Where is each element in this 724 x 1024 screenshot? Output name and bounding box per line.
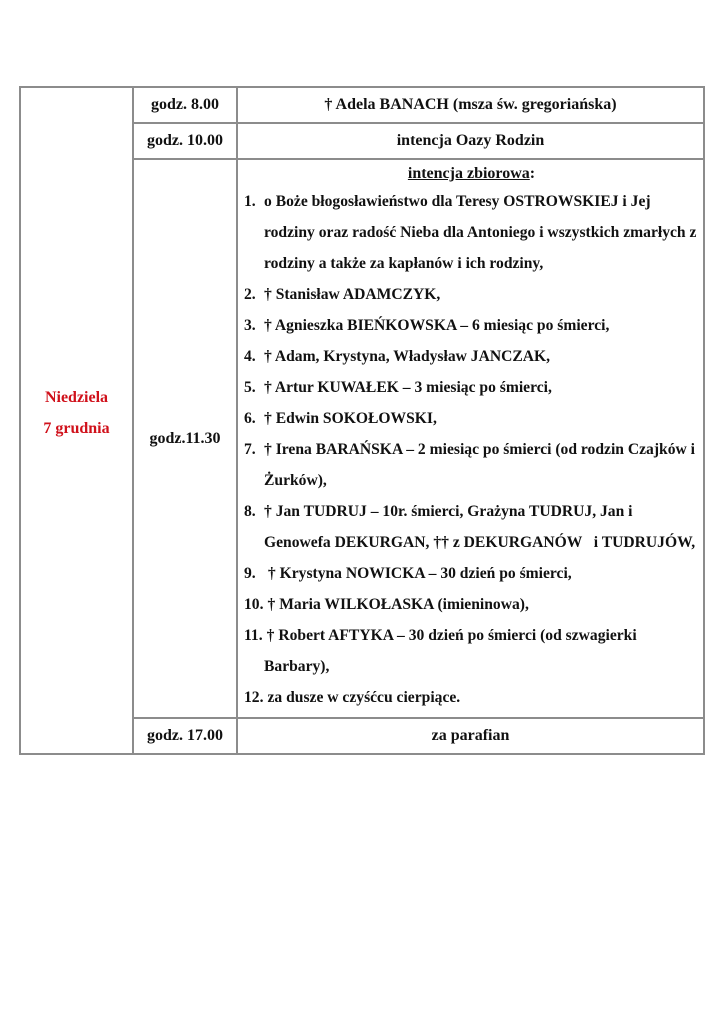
item-number: 4. [244, 341, 256, 372]
list-item: 9. † Krystyna NOWICKA – 30 dzień po śmie… [244, 558, 699, 589]
item-number: 6. [244, 403, 256, 434]
item-number: 7. [244, 434, 256, 465]
list-item: 3.† Agnieszka BIEŃKOWSKA – 6 miesiąc po … [244, 310, 699, 341]
item-text: † Adam, Krystyna, Władysław JANCZAK, [264, 348, 550, 365]
day-cell: Niedziela 7 grudnia [20, 87, 133, 754]
item-text: o Boże błogosławieństwo dla Teresy OSTRO… [264, 193, 696, 272]
item-text: † Edwin SOKOŁOWSKI, [264, 410, 437, 427]
item-text: † Robert AFTYKA – 30 dzień po śmierci (o… [264, 627, 637, 675]
item-text: † Artur KUWAŁEK – 3 miesiąc po śmierci, [264, 379, 552, 396]
list-item: 1.o Boże błogosławieństwo dla Teresy OST… [244, 186, 699, 279]
collective-heading-colon: : [530, 165, 535, 182]
list-item: 5.† Artur KUWAŁEK – 3 miesiąc po śmierci… [244, 372, 699, 403]
item-number: 1. [244, 186, 256, 217]
list-item: 8.† Jan TUDRUJ – 10r. śmierci, Grażyna T… [244, 496, 699, 558]
mass-intention: † Adela BANACH (msza św. gregoriańska) [237, 87, 704, 123]
item-number: 10. [244, 596, 264, 613]
collective-heading: intencja zbiorowa: [244, 162, 699, 186]
collective-intention-cell: intencja zbiorowa: 1.o Boże błogosławień… [237, 159, 704, 718]
collective-heading-text: intencja zbiorowa [408, 165, 530, 182]
item-number: 5. [244, 372, 256, 403]
mass-intention: za parafian [237, 718, 704, 754]
list-item: 7.† Irena BARAŃSKA – 2 miesiąc po śmierc… [244, 434, 699, 496]
day-name: Niedziela [21, 382, 132, 413]
list-item: 2.† Stanisław ADAMCZYK, [244, 279, 699, 310]
item-text: † Jan TUDRUJ – 10r. śmierci, Grażyna TUD… [264, 503, 695, 551]
table-row: Niedziela 7 grudnia godz. 8.00 † Adela B… [20, 87, 704, 123]
item-number: 11. [244, 627, 263, 644]
mass-time: godz.11.30 [133, 159, 237, 718]
day-date: 7 grudnia [21, 413, 132, 444]
list-item: 4.† Adam, Krystyna, Władysław JANCZAK, [244, 341, 699, 372]
item-number: 3. [244, 310, 256, 341]
item-text: za dusze w czyśćcu cierpiące. [268, 689, 461, 706]
mass-intentions-table: Niedziela 7 grudnia godz. 8.00 † Adela B… [19, 86, 705, 755]
item-number: 9. [244, 558, 256, 589]
mass-time: godz. 8.00 [133, 87, 237, 123]
item-text: † Krystyna NOWICKA – 30 dzień po śmierci… [264, 565, 572, 582]
list-item: 6.† Edwin SOKOŁOWSKI, [244, 403, 699, 434]
item-text: † Irena BARAŃSKA – 2 miesiąc po śmierci … [264, 441, 695, 489]
list-item: 12.za dusze w czyśćcu cierpiące. [244, 682, 699, 713]
mass-time: godz. 10.00 [133, 123, 237, 159]
item-text: † Maria WILKOŁASKA (imieninowa), [268, 596, 529, 613]
item-text: † Agnieszka BIEŃKOWSKA – 6 miesiąc po śm… [264, 317, 609, 334]
list-item: 10.† Maria WILKOŁASKA (imieninowa), [244, 589, 699, 620]
item-number: 8. [244, 496, 256, 527]
mass-intention: intencja Oazy Rodzin [237, 123, 704, 159]
item-number: 2. [244, 279, 256, 310]
item-number: 12. [244, 689, 264, 706]
item-text: † Stanisław ADAMCZYK, [264, 286, 440, 303]
intention-list: 1.o Boże błogosławieństwo dla Teresy OST… [244, 186, 699, 713]
list-item: 11.† Robert AFTYKA – 30 dzień po śmierci… [244, 620, 699, 682]
mass-time: godz. 17.00 [133, 718, 237, 754]
